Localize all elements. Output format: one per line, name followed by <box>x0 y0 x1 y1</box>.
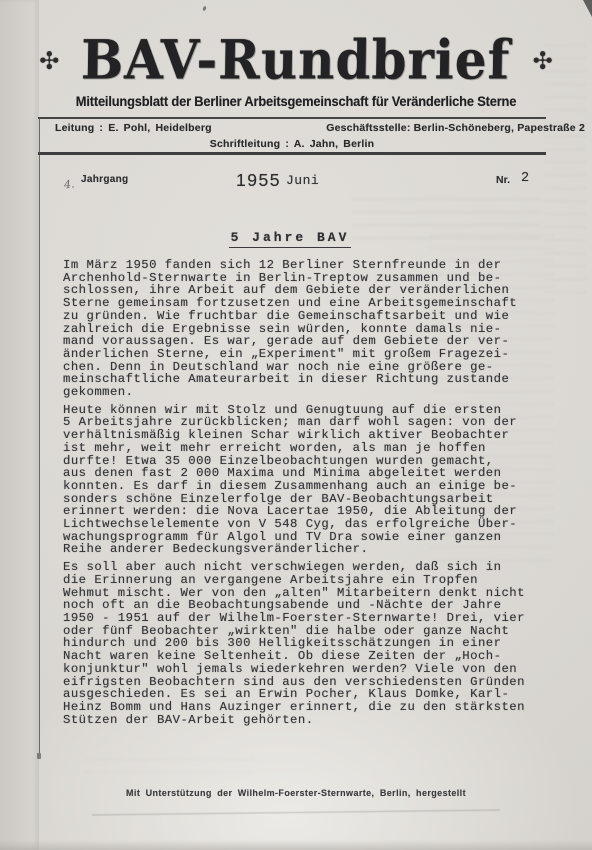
schriftleitung-field: Schriftleitung : A. Jahn, Berlin <box>38 138 546 150</box>
fold-line <box>39 117 40 753</box>
fold-end-mark <box>37 753 41 759</box>
issue-month: Juni <box>286 173 319 188</box>
article-title: 5 Jahre BAV <box>229 230 352 248</box>
infobox-row: Leitung : E. Pohl, Heidelberg Geschäftss… <box>0 122 592 136</box>
infobox-top-rule <box>38 117 546 119</box>
issue-year: 1955 <box>236 170 281 191</box>
bottom-edge-shadow <box>0 840 592 850</box>
issue-number-label: Nr. <box>496 174 510 186</box>
masthead: ✣ BAV-Rundbrief ✣ <box>0 24 592 94</box>
paper-crease <box>92 810 500 816</box>
scan-corner-mark <box>583 0 592 17</box>
issue-row: 4. Jahrgang 1955 Juni Nr. 2 <box>0 168 592 194</box>
infobox-bottom-rule <box>38 152 546 155</box>
scan-speck <box>202 6 207 12</box>
ornament-star-left-icon: ✣ <box>39 47 59 75</box>
leitung-field: Leitung : E. Pohl, Heidelberg <box>55 122 212 134</box>
article-paragraph: Es soll aber auch nicht verschwiegen wer… <box>63 561 541 726</box>
scanned-newsletter-page: ✣ BAV-Rundbrief ✣ Mitteilungsblatt der B… <box>0 0 592 850</box>
volume-label: Jahrgang <box>81 174 128 185</box>
bleed-through-patch <box>84 758 254 784</box>
newsletter-title: BAV-Rundbrief <box>81 27 511 91</box>
footer-imprint: Mit Unterstützung der Wilhelm-Foerster-S… <box>0 788 592 798</box>
bleed-through-patch <box>430 234 554 564</box>
volume-number-handwritten: 4. <box>63 177 75 191</box>
newsletter-subtitle: Mitteilungsblatt der Berliner Arbeitsgem… <box>24 93 569 109</box>
issue-number-value: 2 <box>521 171 529 186</box>
